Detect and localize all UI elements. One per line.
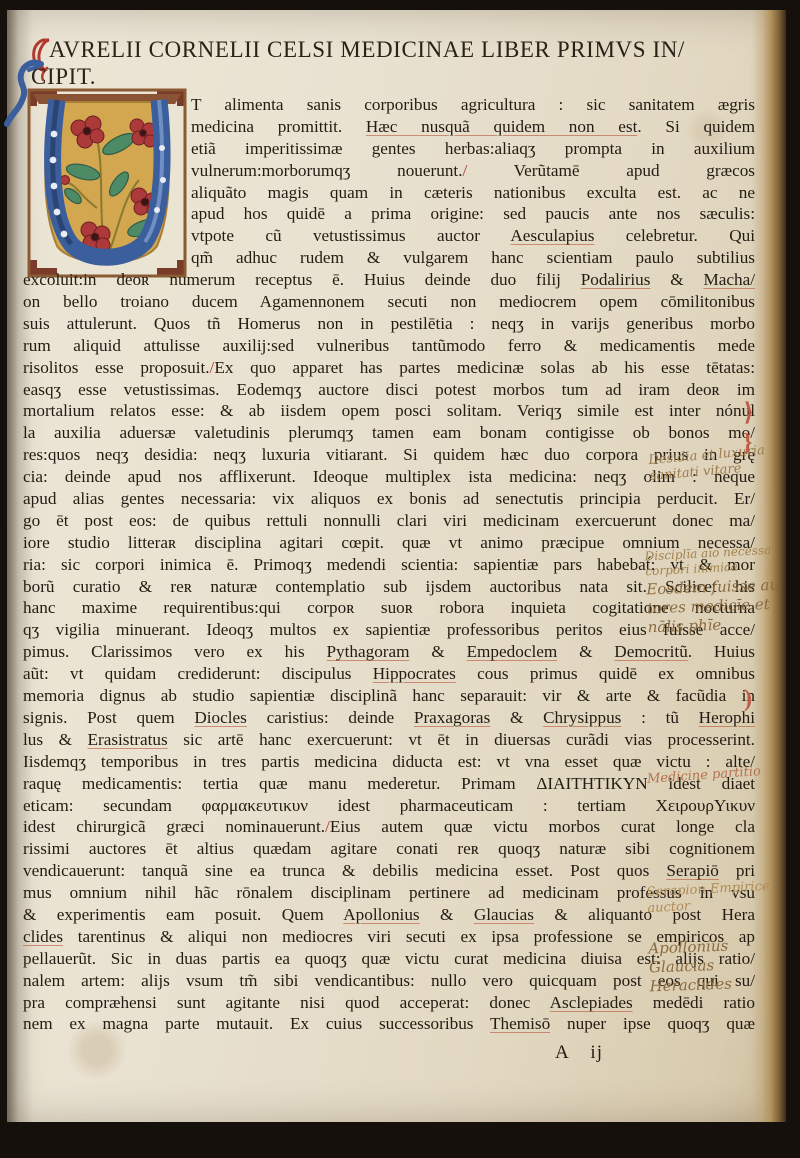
text-segment: idest chirurgicã græci nominauerunt. bbox=[23, 817, 325, 836]
text-segment: cous primus quidē ex omnibus bbox=[456, 664, 755, 683]
text-segment: vtpote cũ vetustissimus auctor bbox=[191, 226, 510, 245]
text-line: easqʒ esse vetustissimas. Eodemqʒ auctor… bbox=[23, 379, 755, 401]
underlined-name: Glaucias bbox=[474, 905, 534, 924]
rubric-bracket: ⟩ bbox=[744, 398, 753, 427]
text-line: medicina promittit. Hæc nusquã quidem no… bbox=[191, 116, 755, 138]
text-segment: nem ex magna parte mutauit. Ex cuius suc… bbox=[23, 1014, 490, 1033]
text-line: qʒ vigilia minuerant. Ideoqʒ multos ex s… bbox=[23, 619, 755, 641]
text-line: la auxilia aduersæ valetudinis plerumqʒ … bbox=[23, 422, 755, 444]
underlined-name: Aesculapius bbox=[510, 226, 594, 245]
book-page: AVRELII CORNELII CELSI MEDICINAE LIBER P… bbox=[7, 10, 786, 1122]
text-line: vulnerum:morborumqʒ nouerunt./ Verũtamē … bbox=[191, 160, 755, 182]
text-segment: & bbox=[420, 905, 474, 924]
underlined-name: Apollonius bbox=[343, 905, 419, 924]
text-segment: : tũ bbox=[621, 708, 698, 727]
text-segment: pra compræhensi sunt agitante nisi quod … bbox=[23, 993, 550, 1012]
text-segment: nuper ipse quoqʒ quæ bbox=[550, 1014, 755, 1033]
text-segment: sic artē hanc exercuerunt: vt ēt in diue… bbox=[168, 730, 755, 749]
underlined-name: Podalirius bbox=[581, 270, 651, 289]
underlined-name: Erasistratus bbox=[87, 730, 167, 749]
underlined-name: Hippocrates bbox=[373, 664, 456, 683]
text-line: T alimenta sanis corporibus agricultura … bbox=[191, 94, 755, 116]
text-line: pra compræhensi sunt agitante nisi quod … bbox=[23, 992, 755, 1014]
text-segment: easqʒ esse vetustissimas. Eodemqʒ auctor… bbox=[23, 380, 755, 399]
rubric-bracket: } bbox=[743, 430, 752, 457]
text-segment: etiã imperitissimæ gentes herbas:aliaqʒ … bbox=[191, 139, 755, 158]
text-segment: caristius: deinde bbox=[247, 708, 414, 727]
text-segment: pellauerũt. Sic in duas partis ea quoqʒ … bbox=[23, 949, 755, 968]
underlined-name: Themisō bbox=[490, 1014, 550, 1033]
underlined-name: Hæc nusquã quidem non est bbox=[366, 117, 638, 136]
margin-note: ApolloniusGlauciasHeraclides bbox=[648, 937, 732, 996]
title-line-2: CIPIT. bbox=[31, 63, 731, 90]
text-segment: Eius autem quæ victu morbos curat longe … bbox=[330, 817, 755, 836]
text-segment: nalem artem: alijs vsum tm̃ sibi vendica… bbox=[23, 971, 755, 990]
text-segment: la auxilia aduersæ valetudinis plerumqʒ … bbox=[23, 423, 755, 442]
text-segment: memoria dignus ab studio sapientiæ disci… bbox=[23, 686, 755, 705]
page-title: AVRELII CORNELII CELSI MEDICINAE LIBER P… bbox=[31, 36, 731, 90]
text-segment: & bbox=[557, 642, 614, 661]
text-segment: aũt: vt quidam crediderunt: discipulus bbox=[23, 664, 373, 683]
text-segment: & bbox=[410, 642, 467, 661]
text-segment: T alimenta sanis corporibus agricultura … bbox=[191, 95, 755, 114]
text-line: go ēt post eos: de quibus rettuli nonnul… bbox=[23, 510, 755, 532]
text-line: Iisdemqʒ temporibus in tres partis medic… bbox=[23, 751, 755, 773]
text-segment: rissimi auctores ēt altius quædam agitar… bbox=[23, 839, 755, 858]
text-line: hanc maxime requirentibus:qui corpoʀ suo… bbox=[23, 597, 755, 619]
text-line: idest chirurgicã græci nominauerunt./Eiu… bbox=[23, 816, 755, 838]
text-segment: medicina promittit. bbox=[191, 117, 366, 136]
text-segment: res:quos neqʒ desidia: neqʒ luxuria viti… bbox=[23, 445, 755, 464]
text-line: qm̃ adhuc rudem & vulgarem hanc scientia… bbox=[191, 247, 755, 269]
text-segment: suis attulerunt. Quos tñ Homerus non in … bbox=[23, 314, 755, 333]
text-segment: & bbox=[650, 270, 703, 289]
underlined-name: Praxagoras bbox=[414, 708, 490, 727]
text-line: etiã imperitissimæ gentes herbas:aliaqʒ … bbox=[191, 138, 755, 160]
text-line: aliquãto magis quam in cæteris nationibu… bbox=[191, 182, 755, 204]
text-segment: signis. Post quem bbox=[23, 708, 194, 727]
text-segment: celebretur. Qui bbox=[594, 226, 755, 245]
text-line: clides tarentinus & aliqui non mediocres… bbox=[23, 926, 755, 948]
underlined-name: Serapiō bbox=[666, 861, 719, 880]
text-segment: qʒ vigilia minuerant. Ideoqʒ multos ex s… bbox=[23, 620, 755, 639]
text-line: rissimi auctores ēt altius quædam agitar… bbox=[23, 838, 755, 860]
text-line: lus & Erasistratus sic artē hanc exercue… bbox=[23, 729, 755, 751]
title-line-1: AVRELII CORNELII CELSI MEDICINAE LIBER P… bbox=[31, 36, 731, 63]
text-segment: qm̃ adhuc rudem & vulgarem hanc scientia… bbox=[191, 248, 755, 267]
text-line: vendicauerunt: tanquã sine ea trunca & d… bbox=[23, 860, 755, 882]
text-segment: . Huius bbox=[688, 642, 755, 661]
text-line: excoluit:in deoʀ numerum receptus ē. Hui… bbox=[23, 269, 755, 291]
text-segment: Verũtamē apud græcos bbox=[467, 161, 755, 180]
text-line: mortalium relatos esse: & ab iisdem opem… bbox=[23, 400, 755, 422]
text-line: memoria dignus ab studio sapientiæ disci… bbox=[23, 685, 755, 707]
text-line: vtpote cũ vetustissimus auctor Aesculapi… bbox=[191, 225, 755, 247]
margin-note-line: Heraclides bbox=[649, 974, 732, 996]
rubric-bracket: ) bbox=[744, 686, 752, 713]
text-line: eticam: secundam φαρμακευτικυν idest pha… bbox=[23, 795, 755, 817]
text-line: pimus. Clarissimos vero ex his Pythagora… bbox=[23, 641, 755, 663]
text-line: signis. Post quem Diocles caristius: dei… bbox=[23, 707, 755, 729]
text-line: apud alias gentes necessaria: vix aliquo… bbox=[23, 488, 755, 510]
margin-note-line: Apollonius bbox=[648, 937, 731, 959]
underlined-name: Asclepiades bbox=[550, 993, 633, 1012]
text-segment: & experimentis eam posuit. Quem bbox=[23, 905, 343, 924]
text-segment: lus & bbox=[23, 730, 87, 749]
text-segment: apud hos quidē a prima origine: sed pauc… bbox=[191, 204, 755, 223]
text-segment: & bbox=[490, 708, 543, 727]
text-line: raquę medicamentis: tertia quæ manu mede… bbox=[23, 773, 755, 795]
text-segment: Ex quo apparet has partes medicinæ solas… bbox=[214, 358, 755, 377]
text-line: nalem artem: alijs vsum tm̃ sibi vendica… bbox=[23, 970, 755, 992]
text-line: suis attulerunt. Quos tñ Homerus non in … bbox=[23, 313, 755, 335]
text-segment: cia: deinde apud nos afflixerunt. Ideoqu… bbox=[23, 467, 755, 486]
text-line: apud hos quidē a prima origine: sed pauc… bbox=[191, 203, 755, 225]
text-line: risolitos esse proposuit./Ex quo apparet… bbox=[23, 357, 755, 379]
text-segment: hanc maxime requirentibus:qui corpoʀ suo… bbox=[23, 598, 755, 617]
text-segment: rum aliquid attulisse auxilij:sed vulner… bbox=[23, 336, 755, 355]
underlined-name: Diocles bbox=[194, 708, 247, 727]
text-line: rum aliquid attulisse auxilij:sed vulner… bbox=[23, 335, 755, 357]
text-segment: . Si quidem bbox=[637, 117, 755, 136]
margin-note: Eosdem fuisse autores medicīe etnālis ph… bbox=[646, 576, 781, 637]
signature-mark: A ij bbox=[555, 1042, 603, 1064]
text-segment: mus omnium nihil hãc rōnalem disciplinam… bbox=[23, 883, 755, 902]
underlined-name: Macha/ bbox=[703, 270, 755, 289]
underlined-name: Democritũ bbox=[614, 642, 688, 661]
text-line: cia: deinde apud nos afflixerunt. Ideoqu… bbox=[23, 466, 755, 488]
text-segment: pimus. Clarissimos vero ex his bbox=[23, 642, 326, 661]
margin-note: Serapion Empiriceauctor bbox=[646, 879, 771, 918]
underlined-name: Empedoclem bbox=[467, 642, 558, 661]
underlined-name: clides bbox=[23, 927, 63, 946]
text-line: & experimentis eam posuit. Quem Apolloni… bbox=[23, 904, 755, 926]
text-line: on bello troiano ducem Agamennonem secut… bbox=[23, 291, 755, 313]
text-segment: aliquãto magis quam in cæteris nationibu… bbox=[191, 183, 755, 202]
text-segment: raquę medicamentis: tertia quæ manu mede… bbox=[23, 774, 755, 793]
text-line: mus omnium nihil hãc rōnalem disciplinam… bbox=[23, 882, 755, 904]
text-segment: excoluit:in deoʀ numerum receptus ē. Hui… bbox=[23, 270, 581, 289]
text-segment: pri bbox=[719, 861, 755, 880]
text-line: res:quos neqʒ desidia: neqʒ luxuria viti… bbox=[23, 444, 755, 466]
text-line: nem ex magna parte mutauit. Ex cuius suc… bbox=[23, 1013, 755, 1035]
text-segment: vendicauerunt: tanquã sine ea trunca & d… bbox=[23, 861, 666, 880]
underlined-name: Pythagoram bbox=[326, 642, 409, 661]
text-line: aũt: vt quidam crediderunt: discipulus H… bbox=[23, 663, 755, 685]
text-segment: apud alias gentes necessaria: vix aliquo… bbox=[23, 489, 755, 508]
text-segment: mortalium relatos esse: & ab iisdem opem… bbox=[23, 401, 755, 420]
text-segment: eticam: secundam φαρμακευτικυν idest pha… bbox=[23, 796, 755, 815]
text-segment: vulnerum:morborumqʒ nouerunt. bbox=[191, 161, 463, 180]
underlined-name: Chrysippus bbox=[543, 708, 621, 727]
text-segment: risolitos esse proposuit. bbox=[23, 358, 210, 377]
text-segment: go ēt post eos: de quibus rettuli nonnul… bbox=[23, 511, 755, 530]
text-segment: on bello troiano ducem Agamennonem secut… bbox=[23, 292, 755, 311]
text-line: pellauerũt. Sic in duas partis ea quoqʒ … bbox=[23, 948, 755, 970]
text-segment: Iisdemqʒ temporibus in tres partis medic… bbox=[23, 752, 755, 771]
